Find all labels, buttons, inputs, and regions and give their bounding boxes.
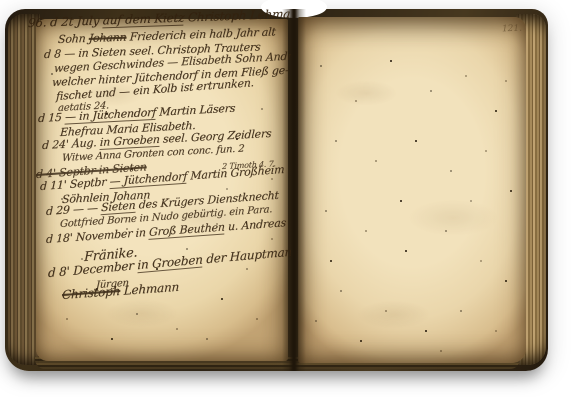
right-page	[298, 17, 526, 363]
foxing-specks-right	[300, 20, 302, 22]
photographed-open-register: 96. d 2t July auf dem Kietz Christoph Le…	[0, 0, 580, 397]
book-gutter	[282, 9, 306, 371]
foxing-specks-left	[36, 18, 38, 20]
book-binding	[5, 9, 548, 371]
page-number: 121.	[502, 24, 522, 35]
left-page	[36, 19, 288, 361]
